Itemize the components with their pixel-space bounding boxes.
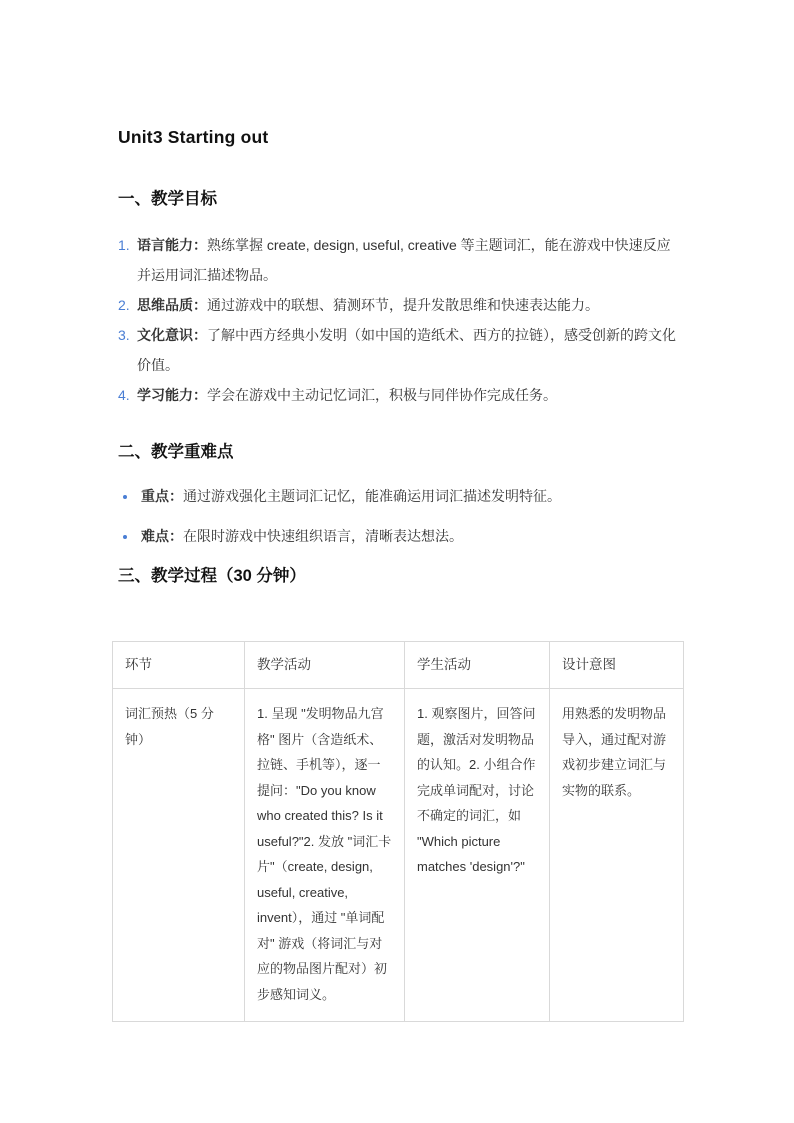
column-header-design-intent: 设计意图 <box>550 642 684 689</box>
table-cell-teaching-activity: 1. 呈现 "发明物品九宫格" 图片（含造纸术、拉链、手机等），逐一提问："Do… <box>245 689 405 1022</box>
bullet-icon <box>123 495 127 499</box>
column-header-teaching-activity: 教学活动 <box>245 642 405 689</box>
list-item: 4. 学习能力：学会在游戏中主动记忆词汇，积极与同伴协作完成任务。 <box>118 380 683 410</box>
list-number: 3. <box>118 320 137 380</box>
document-page: Unit3 Starting out 一、教学目标 1. 语言能力：熟练掌握 c… <box>0 0 794 1123</box>
list-item-text: 熟练掌握 create, design, useful, creative 等主… <box>137 237 671 283</box>
section-heading-keypoints: 二、教学重难点 <box>118 438 683 462</box>
list-item-label: 思维品质： <box>137 297 207 313</box>
list-item-body: 语言能力：熟练掌握 create, design, useful, creati… <box>137 230 683 290</box>
list-item-label: 重点： <box>141 488 183 504</box>
column-header-stage: 环节 <box>113 642 245 689</box>
list-item-label: 文化意识： <box>137 327 207 343</box>
list-item-text: 了解中西方经典小发明（如中国的造纸术、西方的拉链），感受创新的跨文化价值。 <box>137 327 676 373</box>
section-heading-objectives: 一、教学目标 <box>118 185 683 209</box>
table-header-row: 环节 教学活动 学生活动 设计意图 <box>113 642 684 689</box>
list-item-text: 通过游戏中的联想、猜测环节，提升发散思维和快速表达能力。 <box>207 297 599 313</box>
page-title: Unit3 Starting out <box>118 127 683 148</box>
section-heading-process: 三、教学过程（30 分钟） <box>118 562 683 586</box>
list-item-text: 通过游戏强化主题词汇记忆，能准确运用词汇描述发明特征。 <box>183 488 561 504</box>
list-number: 1. <box>118 230 137 290</box>
table-cell-student-activity: 1. 观察图片，回答问题，激活对发明物品的认知。2. 小组合作完成单词配对，讨论… <box>405 689 550 1022</box>
objectives-list: 1. 语言能力：熟练掌握 create, design, useful, cre… <box>118 230 683 410</box>
table-row: 词汇预热（5 分钟） 1. 呈现 "发明物品九宫格" 图片（含造纸术、拉链、手机… <box>113 689 684 1022</box>
table-cell-design-intent: 用熟悉的发明物品导入，通过配对游戏初步建立词汇与实物的联系。 <box>550 689 684 1022</box>
list-item-label: 学习能力： <box>137 387 207 403</box>
list-item-body: 思维品质：通过游戏中的联想、猜测环节，提升发散思维和快速表达能力。 <box>137 290 683 320</box>
list-number: 2. <box>118 290 137 320</box>
list-item-body: 文化意识：了解中西方经典小发明（如中国的造纸术、西方的拉链），感受创新的跨文化价… <box>137 320 683 380</box>
list-item-text: 学会在游戏中主动记忆词汇，积极与同伴协作完成任务。 <box>207 387 557 403</box>
column-header-student-activity: 学生活动 <box>405 642 550 689</box>
list-item-text: 在限时游戏中快速组织语言，清晰表达想法。 <box>183 528 463 544</box>
list-number: 4. <box>118 380 137 410</box>
list-item: 2. 思维品质：通过游戏中的联想、猜测环节，提升发散思维和快速表达能力。 <box>118 290 683 320</box>
list-item-body: 难点：在限时游戏中快速组织语言，清晰表达想法。 <box>141 522 463 551</box>
bullet-icon <box>123 535 127 539</box>
list-item: 难点：在限时游戏中快速组织语言，清晰表达想法。 <box>118 522 683 551</box>
list-item: 3. 文化意识：了解中西方经典小发明（如中国的造纸术、西方的拉链），感受创新的跨… <box>118 320 683 380</box>
list-item: 重点：通过游戏强化主题词汇记忆，能准确运用词汇描述发明特征。 <box>118 482 683 511</box>
keypoints-list: 重点：通过游戏强化主题词汇记忆，能准确运用词汇描述发明特征。 难点：在限时游戏中… <box>118 482 683 551</box>
list-item: 1. 语言能力：熟练掌握 create, design, useful, cre… <box>118 230 683 290</box>
table-cell-stage: 词汇预热（5 分钟） <box>113 689 245 1022</box>
list-item-body: 学习能力：学会在游戏中主动记忆词汇，积极与同伴协作完成任务。 <box>137 380 683 410</box>
lesson-process-table: 环节 教学活动 学生活动 设计意图 词汇预热（5 分钟） 1. 呈现 "发明物品… <box>112 641 684 1022</box>
list-item-body: 重点：通过游戏强化主题词汇记忆，能准确运用词汇描述发明特征。 <box>141 482 561 511</box>
list-item-label: 难点： <box>141 528 183 544</box>
list-item-label: 语言能力： <box>137 237 207 253</box>
